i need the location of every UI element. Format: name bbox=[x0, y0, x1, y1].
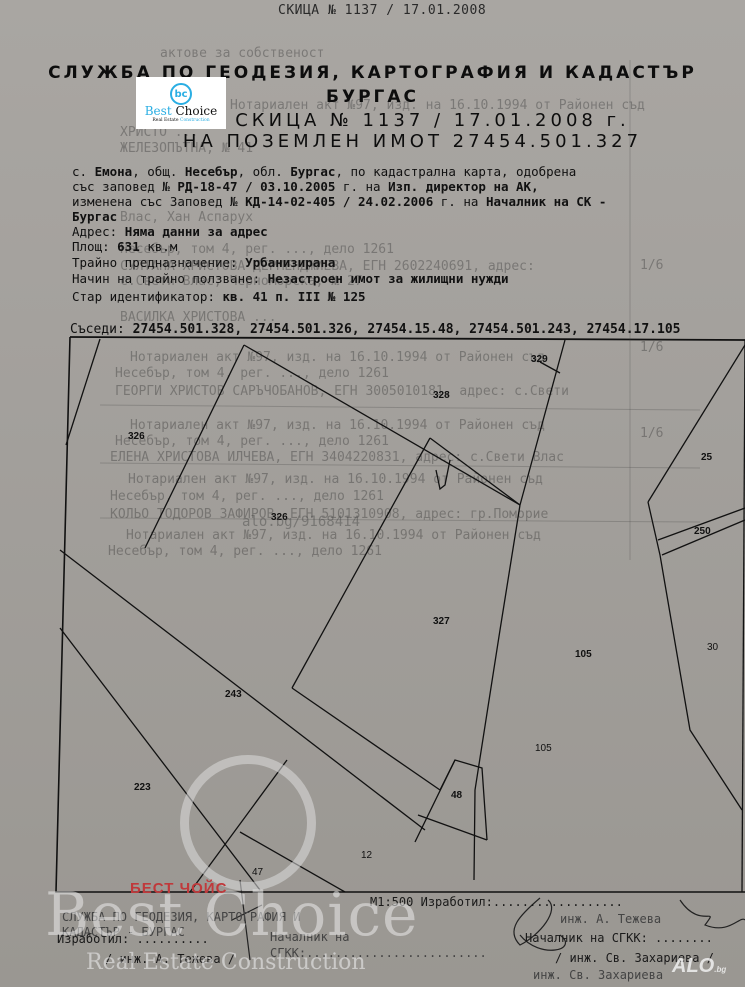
cadastral-map: 329 328 326 326 25 250 327 105 105 30 24… bbox=[0, 0, 745, 987]
alo-logo: ALO.bg bbox=[672, 955, 726, 978]
parcel-label: 25 bbox=[701, 452, 713, 463]
engineer1-short: инж. А. Тежева bbox=[560, 912, 661, 926]
parcel-label: 30 bbox=[707, 642, 719, 653]
best-choice-watermark: Best Choice bbox=[45, 880, 419, 950]
url-watermark: alo.bg/9168414 bbox=[242, 514, 360, 530]
parcel-label: 250 bbox=[694, 526, 711, 537]
parcel-label: 48 bbox=[451, 790, 463, 801]
parcel-label: 105 bbox=[575, 649, 592, 660]
parcel-label: 105 bbox=[535, 743, 552, 754]
chief-sgkk-line: Началник на СГКК: ........ bbox=[525, 931, 713, 945]
parcel-label: 12 bbox=[361, 850, 373, 861]
parcel-label: 329 bbox=[531, 354, 548, 365]
scanned-document: актове за собственост Нотариален акт №97… bbox=[0, 0, 745, 987]
parcel-label: 328 bbox=[433, 390, 450, 401]
parcel-label: 327 bbox=[433, 616, 450, 627]
red-brand-watermark: БЕСТ ЧОЙС bbox=[130, 880, 227, 897]
parcel-label: 223 bbox=[134, 782, 151, 793]
engineer2-short: инж. Св. Захариева bbox=[533, 968, 663, 982]
best-choice-subtitle-watermark: Real Estate Construction bbox=[86, 950, 366, 975]
bc-watermark-icon bbox=[180, 755, 316, 891]
parcel-label: 243 bbox=[225, 689, 242, 700]
parcel-label: 326 bbox=[128, 431, 145, 442]
